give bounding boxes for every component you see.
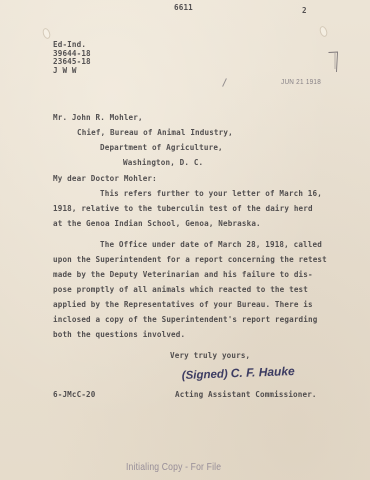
- address-city: Washington, D. C.: [123, 158, 203, 167]
- paragraph-2-line: pose promptly of all animals which react…: [53, 285, 308, 294]
- address-title: Chief, Bureau of Animal Industry,: [77, 128, 233, 137]
- address-name: Mr. John R. Mohler,: [53, 113, 143, 122]
- paragraph-1-line: This refers further to your letter of Ma…: [100, 189, 322, 198]
- punch-hole-left: [41, 27, 51, 40]
- paragraph-2-line: The Office under date of March 28, 1918,…: [100, 240, 322, 249]
- reference-line: J W W: [53, 67, 91, 76]
- closing: Very truly yours,: [170, 351, 250, 360]
- paragraph-1-line: 1918, relative to the tuberculin test of…: [53, 204, 313, 213]
- page-number: 2: [302, 6, 307, 15]
- paragraph-2-line: inclosed a copy of the Superintendent's …: [53, 315, 317, 324]
- punch-hole-right: [318, 25, 328, 38]
- reference-block: Ed-Ind. 39644-18 23645-18 J W W: [53, 41, 91, 75]
- pencil-corner-mark-icon: [328, 51, 339, 73]
- salutation: My dear Doctor Mohler:: [53, 174, 157, 183]
- signature-prefix: (Signed): [182, 368, 228, 382]
- paragraph-2-line: made by the Deputy Veterinarian and his …: [53, 270, 313, 279]
- date-stamp: JUN 21 1918: [281, 77, 321, 86]
- typist-code: 6-JMcC-20: [53, 390, 96, 399]
- signature-stamp: (Signed)C. F. Hauke: [182, 364, 295, 382]
- signer-title: Acting Assistant Commissioner.: [175, 390, 317, 399]
- letter-page: 6611 2 Ed-Ind. 39644-18 23645-18 J W W J…: [0, 0, 370, 480]
- signature-name: C. F. Hauke: [230, 364, 294, 380]
- file-copy-stamp: Initialing Copy - For File: [126, 461, 221, 473]
- address-department: Department of Agriculture,: [100, 143, 223, 152]
- file-number: 6611: [174, 3, 193, 12]
- paragraph-2-line: applied by the Representatives of your B…: [53, 300, 313, 309]
- pencil-tick-mark: [222, 78, 227, 87]
- paragraph-2-line: upon the Superintendent for a report con…: [53, 255, 327, 264]
- paragraph-1-line: at the Genoa Indian School, Genoa, Nebra…: [53, 219, 261, 228]
- paragraph-2-line: both the questions involved.: [53, 330, 185, 339]
